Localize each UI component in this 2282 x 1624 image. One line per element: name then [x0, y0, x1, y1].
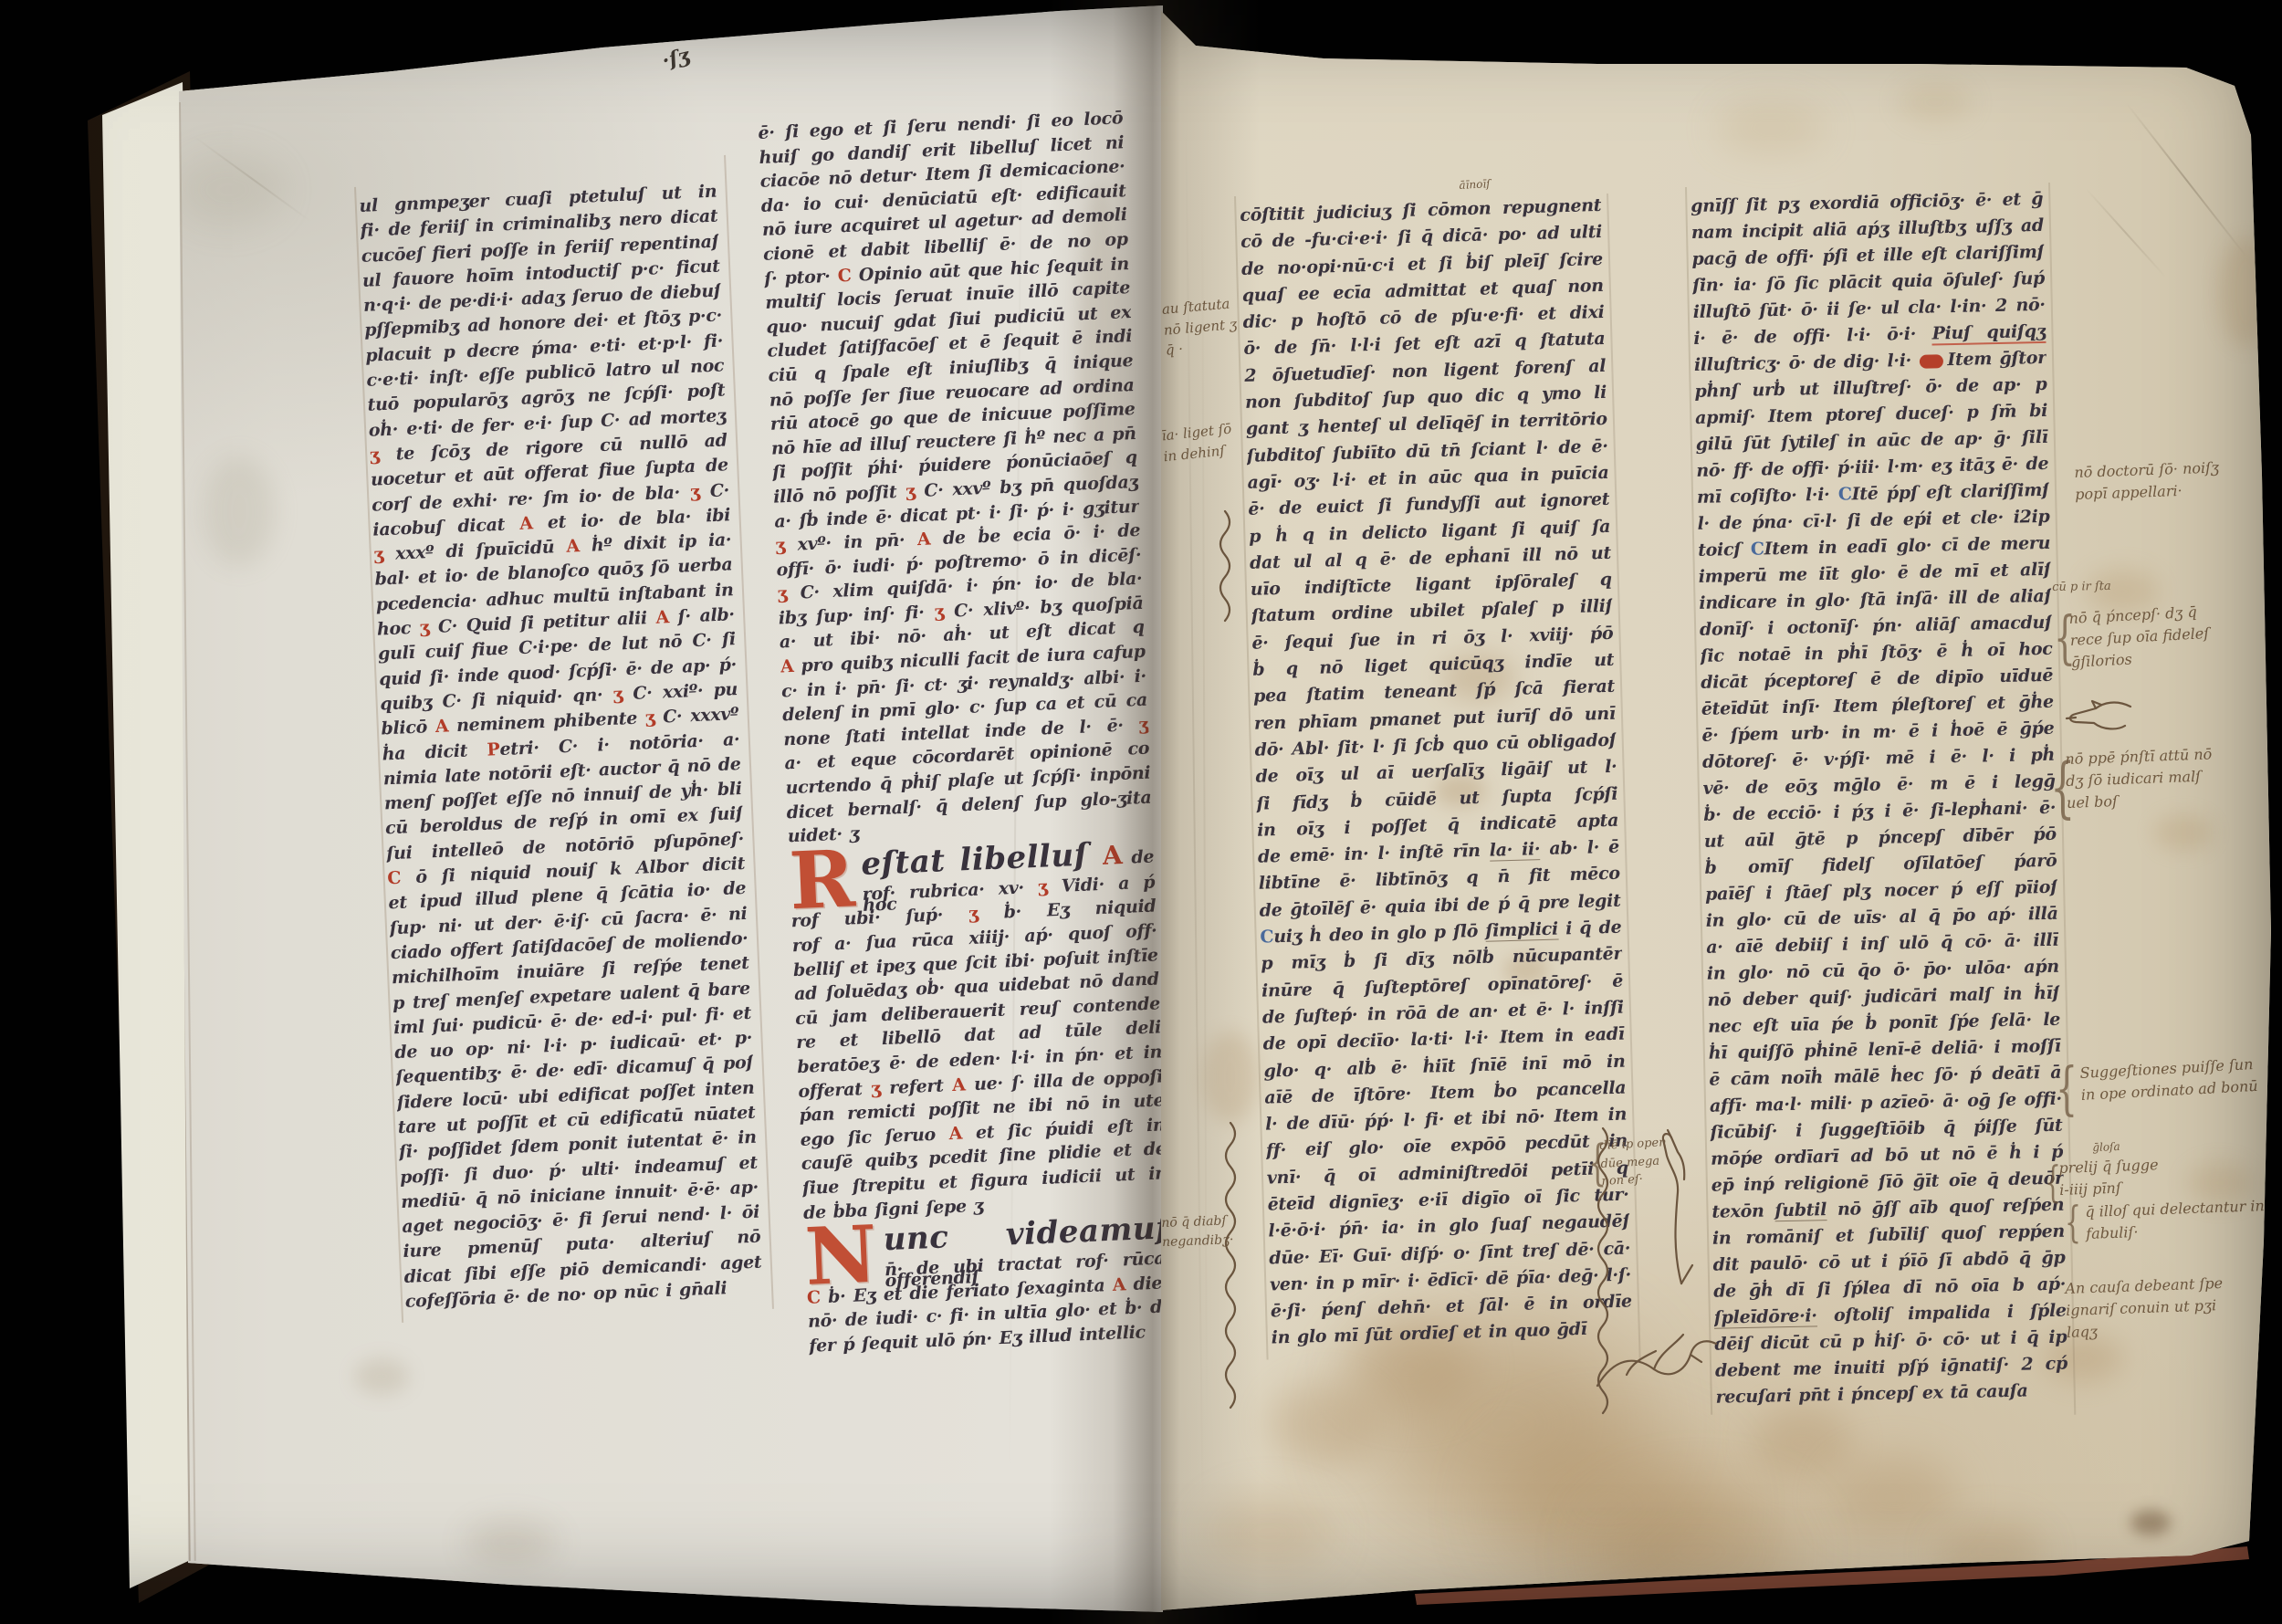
marginal-note: cū p ir ſta [2052, 578, 2111, 597]
script-text: hoc [377, 618, 421, 640]
blue-paraph: C [1260, 927, 1273, 947]
script-text: in glo mī ſūt ordīeſ et in quo ḡdī [1271, 1319, 1586, 1348]
manuscript-photo: ul gnmpeʒer cuaſi ptetuluſ ut in decrefi… [0, 0, 2282, 1624]
script-text: mī coſiſto· l·i· [1697, 485, 1838, 508]
margin-brace: { [2054, 604, 2076, 671]
script-text: Itē ṕpſ eſt clariſſimſ [1851, 480, 2049, 505]
gutter-shadow [1050, 0, 1260, 1624]
script-text: texōn [1711, 1200, 1774, 1221]
script-text: ep̄ inṕ religionē ſīō ḡīt oīe q̄ deuōr [1711, 1168, 2064, 1196]
script-text: ēteīdūt inſī· Item ṕleſtoreſ et ḡḣe [1701, 692, 2054, 719]
marginal-note: ·ſʒ [659, 41, 693, 77]
script-text: mōṕe ordīarī ad bō ut nō ē ḣ i ṕ [1711, 1142, 2063, 1169]
margin-brace: { [2050, 749, 2075, 825]
script-text: ḣa dicit [382, 739, 487, 764]
left-column-1: ul gnmpeʒer cuaſi ptetuluſ ut in decrefi… [359, 180, 763, 1315]
margin-brace: { [2045, 1158, 2061, 1208]
script-text: dicāt ṕceptoreſ ē de dipīo uīduē [1701, 665, 2053, 693]
script-text: a· aīē debiiſ i inſ ulō q̄ cō· ā· illī [1706, 930, 2058, 958]
foxing-stain [1271, 1383, 1380, 1465]
script-text: ſpleīdōre·i· [1714, 1305, 1817, 1328]
script-text: pḣnſ urḃ ut illuſtreſ· ō· de ap· p [1694, 374, 2046, 402]
manicula-icon [1649, 1128, 1703, 1285]
foxing-stain [1716, 100, 1826, 155]
script-text: nō· ff· de offi· ṕ·iii· l·m· eʒ itāʒ ē· … [1696, 454, 2048, 481]
marginal-note: q̄ illoſ qui delectantur infabuliſ· [2085, 1195, 2266, 1245]
script-text: i· ē· de offi· l·i· ō·i· [1693, 323, 1932, 348]
script-text: dōtoreſ· ē· v·ṕſi· mē i ē· l· i pḣ [1702, 745, 2055, 772]
script-text: indicare in glo· ſtā inſā· ill de aliaſ [1699, 586, 2051, 613]
script-text: in glo· nō cū q̄o ō· p̄o· ulōa· aṕn [1707, 957, 2059, 984]
marginal-note: nō ppē ṕnſtī attū nōdʒ ſō iudicari malſu… [2065, 743, 2214, 814]
red-paraph: A [519, 513, 533, 534]
script-text: dit paulō· cō ut i ṕīō ſī abdō q̄ ḡp [1712, 1248, 2065, 1275]
foxing-stain [2130, 1510, 2171, 1535]
script-text: C· xxxvº [654, 704, 739, 728]
script-text: ſubtil [1774, 1200, 1827, 1221]
red-paraph: A [566, 536, 580, 557]
red-paraph: P [487, 739, 500, 760]
script-text: nō ḡſſ aīb quoſ reſṕen [1827, 1195, 2065, 1220]
script-text: ſimplici [1485, 919, 1558, 942]
parchment-crease [2086, 188, 2166, 278]
red-paraph: C [837, 265, 852, 286]
script-text: Piuſ quiſqʒ [1931, 321, 2046, 346]
script-text: illō nō poſſit [773, 481, 906, 507]
blue-paraph: C [1751, 539, 1764, 559]
red-paraph: A [434, 717, 448, 738]
red-paraph: C [807, 1287, 822, 1308]
script-text: illuſtricʒ· ō· de dig· l·i· [1694, 351, 1920, 375]
red-paraph: A [916, 529, 930, 550]
script-text: C· xxiº· pu [623, 679, 738, 704]
folio-number: 1 [2172, 1561, 2192, 1597]
script-text: pacḡ de offi· ṕſi et ille eſt clariſſimſ [1691, 242, 2044, 269]
script-text: la· ii· [1489, 839, 1540, 862]
script-text: ē· ſṕem urb· in m· ē i ḣoē ē ḡṕe [1701, 718, 2054, 746]
script-text: gilū ſūt ſytileſ in aūc de ap· ḡ· ſilī [1696, 427, 2048, 455]
manicula-icon [2065, 692, 2136, 739]
script-text: ſ· ptor· [764, 266, 838, 288]
script-text: ḣº dixit ip ia· [579, 529, 731, 556]
lombard-initial: N [804, 1228, 878, 1285]
script-text: ē cām noīḣ mālē ḣec ſō· ṕ deātī ā [1709, 1063, 2061, 1090]
script-text: ḃ omīſ fidelſ oſīlatōeſ ṕarō [1704, 851, 2057, 878]
script-text: iacobuſ dicat [372, 514, 520, 540]
script-text: apmiſ· Item ptoreſ duceſ· p ſm̄ bi [1695, 401, 2047, 428]
red-paraph: C [387, 868, 402, 889]
foxing-stain [2154, 814, 2213, 851]
red-paraph: A [780, 656, 794, 677]
manicula-icon [1590, 1296, 1718, 1406]
script-text: uidet· ʒ [787, 823, 859, 846]
margin-brace: { [2056, 1055, 2078, 1122]
script-text: paīēſ i ſtāeſ plʒ nocer ṕ eſſ pīioſ [1705, 877, 2057, 905]
script-text: de ḡḣ dī ſi ſṕlea dī nō oīa b aṕ· [1713, 1274, 2066, 1302]
right-column-1: cōſtitit judiciuʒ ſi cōmon repugnentcō d… [1240, 193, 1633, 1352]
parchment-crease [2125, 102, 2247, 258]
marginal-note: nō q̄ ṕncepſ· dʒ q̄rece ſup oīa fideleſḡ… [2068, 601, 2211, 674]
lombard-initial: R [789, 852, 856, 909]
script-text: nō deber quiſ· judicāri malſ in ḣīſ [1707, 983, 2059, 1011]
margin-brace: { [2065, 1198, 2081, 1248]
red-paraph: A [952, 1074, 966, 1095]
script-text: vē· de eōʒ mḡlo ē· m ē i legḡ [1702, 771, 2055, 799]
marginal-note: prelij q̄ ſuggei-iiij pīnſ [2058, 1154, 2160, 1201]
script-text: offerat [798, 1078, 872, 1101]
script-text: ḣī quiſſō pḣinē lenī-ē deliā· i moſſī [1708, 1036, 2060, 1063]
marginal-note: Suggeſtiones puiſſe ſunin ope ordinato a… [2079, 1053, 2258, 1106]
script-text: refert [880, 1075, 952, 1098]
marginal-note: āīnoīſ [1459, 175, 1491, 194]
script-text: dēiſ dicūt cū p ḣiſ· ō· cō· ut i q̄ ip [1714, 1327, 2067, 1355]
foxing-stain [466, 1521, 557, 1565]
red-paraph-blob [1919, 354, 1942, 369]
script-text: recuſari pn̄t i ṕncepſ ex tā cauſa [1715, 1381, 2027, 1408]
script-text: ego ſic ſeruo [800, 1124, 949, 1150]
red-paraph: A [948, 1123, 962, 1144]
script-text: in romāniſ et ſubīliſ quoſ repṕen [1712, 1221, 2065, 1249]
foxing-stain [1830, 1456, 1958, 1538]
script-text: blicō [381, 717, 435, 739]
script-text: toicſ [1698, 540, 1751, 561]
script-text: gnīſſ ſit pʒ exordiā officiōʒ· ē· et ḡ [1691, 189, 2043, 216]
red-paraph: A [655, 607, 669, 628]
script-text: ut aūl ḡtē p ṕncepſ dībēr ṕō [1704, 824, 2057, 852]
script-text: debent me inuiti pſṕ iḡnatiſ· 2 cṕ [1715, 1354, 2067, 1381]
right-column-2: gnīſſ ſit pʒ exordiā officiōʒ· ē· et ḡna… [1691, 186, 2068, 1411]
script-text: uiʒ ḣ deo in glo p ſlō [1273, 921, 1486, 947]
script-text: nec eſt uīa ṕe ḃ ponīt ſṕe ſelā· le [1708, 1010, 2060, 1037]
script-text: l· de ṕna· cī·l· ſi de eṕi et cle· i2ip [1697, 507, 2049, 534]
script-text: i q̄ de [1558, 917, 1622, 939]
script-text: ſin· ia· ſō ſic plācit quia ōſuleſ· ſuṕ [1692, 268, 2045, 296]
script-text: oſtoliſ impalida i ſṕle [1816, 1301, 2067, 1326]
script-text: ſic notaē in pḣī ſtōʒ· ē ḣ oī hoc [1700, 639, 2052, 666]
script-text: donīſ· i octonīſ· ṕn· aliāſ amacduſ [1700, 613, 2052, 640]
script-text: ab· l· ē [1540, 837, 1619, 859]
script-text: ſ· alb· [668, 604, 735, 627]
script-text: nam incipit aliā aṕʒ illuſtbʒ uſſʒ ad [1691, 215, 2044, 243]
script-text: de emē· in· l· inſtē rīn [1258, 841, 1490, 867]
blue-paraph: C [1838, 484, 1852, 504]
script-text: Item in eadī glo· cī de meru [1764, 533, 2050, 560]
foxing-stain [1899, 82, 1972, 122]
foxing-stain [203, 456, 276, 566]
marginal-note: ḡloſa [2092, 1138, 2120, 1156]
script-text: imperū me iīt glo· ē de mī et alīſ [1699, 560, 2051, 587]
marginal-note: nō doctorū ſō· noiſʒpopī appellari· [2074, 456, 2220, 506]
marginal-note: An cauſa debeant ſpeignariſ conuin ut pʒ… [2065, 1273, 2224, 1344]
foxing-stain [1753, 1406, 1853, 1479]
script-text: xvº· in pn̄· [785, 529, 918, 555]
script-text: in glo· cū de uīs· al q̄ p̄o aṕ· illā [1705, 904, 2057, 931]
script-text: ſicūbiſ· i ſuggeſtīōib q̄ ṕiſſe ſūt [1710, 1116, 2062, 1143]
foxing-stain [354, 1358, 409, 1395]
